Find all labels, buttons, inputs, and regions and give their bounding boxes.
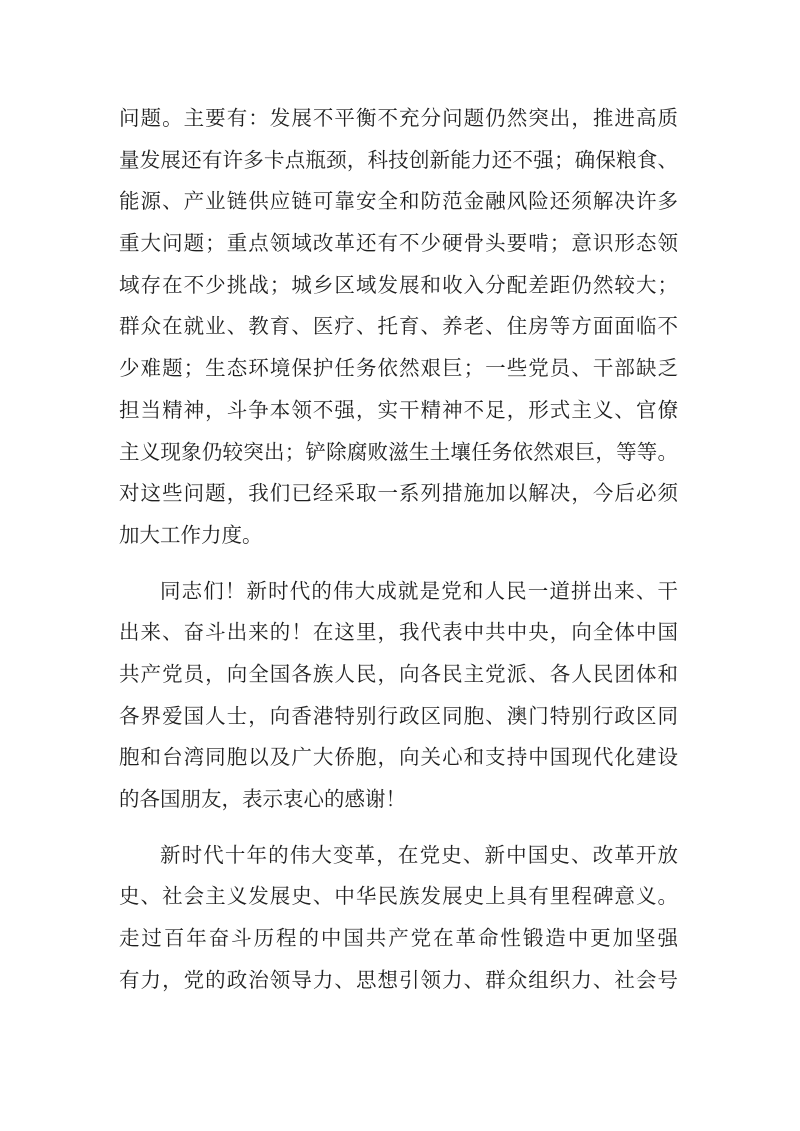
text-line: 重大问题；重点领域改革还有不少硬骨头要啃；意识形态领 <box>119 224 678 266</box>
text-line: 对这些问题，我们已经采取一系列措施加以解决，今后必须 <box>119 474 678 516</box>
text-line: 问题。主要有：发展不平衡不充分问题仍然突出，推进高质 <box>119 99 678 141</box>
text-line: 的各国朋友，表示衷心的感谢！ <box>119 780 678 822</box>
text-line: 共产党员，向全国各族人民，向各民主党派、各人民团体和 <box>119 655 678 697</box>
text-line: 同志们！新时代的伟大成就是党和人民一道拼出来、干 <box>119 572 678 614</box>
text-line: 主义现象仍较突出；铲除腐败滋生土壤任务依然艰巨，等等。 <box>119 433 678 475</box>
document-body: 问题。主要有：发展不平衡不充分问题仍然突出，推进高质 量发展还有许多卡点瓶颈，科… <box>119 99 678 1016</box>
text-line: 域存在不少挑战；城乡区域发展和收入分配差距仍然较大； <box>119 266 678 308</box>
text-line: 有力，党的政治领导力、思想引领力、群众组织力、社会号 <box>119 961 678 1003</box>
text-line: 量发展还有许多卡点瓶颈，科技创新能力还不强；确保粮食、 <box>119 141 678 183</box>
text-line: 各界爱国人士，向香港特别行政区同胞、澳门特别行政区同 <box>119 697 678 739</box>
paragraph: 问题。主要有：发展不平衡不充分问题仍然突出，推进高质 量发展还有许多卡点瓶颈，科… <box>119 99 678 558</box>
text-line: 史、社会主义发展史、中华民族发展史上具有里程碑意义。 <box>119 877 678 919</box>
text-line: 胞和台湾同胞以及广大侨胞，向关心和支持中国现代化建设 <box>119 738 678 780</box>
paragraph: 新时代十年的伟大变革，在党史、新中国史、改革开放 史、社会主义发展史、中华民族发… <box>119 836 678 1003</box>
text-line: 群众在就业、教育、医疗、托育、养老、住房等方面面临不 <box>119 307 678 349</box>
text-line: 少难题；生态环境保护任务依然艰巨；一些党员、干部缺乏 <box>119 349 678 391</box>
text-line: 能源、产业链供应链可靠安全和防范金融风险还须解决许多 <box>119 182 678 224</box>
document-page: 问题。主要有：发展不平衡不充分问题仍然突出，推进高质 量发展还有许多卡点瓶颈，科… <box>0 0 800 1131</box>
text-line: 出来、奋斗出来的！在这里，我代表中共中央，向全体中国 <box>119 613 678 655</box>
text-line: 走过百年奋斗历程的中国共产党在革命性锻造中更加坚强 <box>119 919 678 961</box>
paragraph: 同志们！新时代的伟大成就是党和人民一道拼出来、干 出来、奋斗出来的！在这里，我代… <box>119 572 678 822</box>
text-line: 加大工作力度。 <box>119 516 678 558</box>
text-line: 新时代十年的伟大变革，在党史、新中国史、改革开放 <box>119 836 678 878</box>
text-line: 担当精神，斗争本领不强，实干精神不足，形式主义、官僚 <box>119 391 678 433</box>
